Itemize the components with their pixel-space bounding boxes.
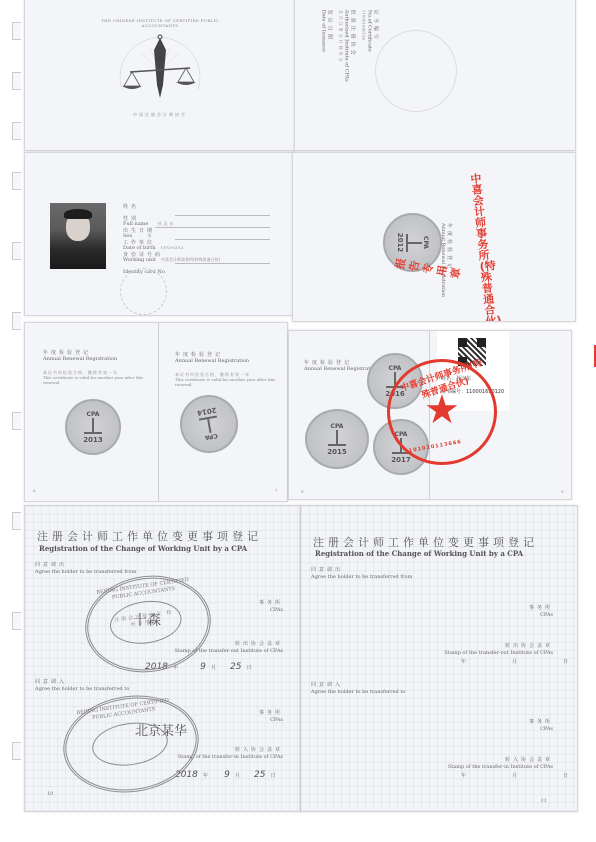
transfer-out-label: 同意调出 — [35, 561, 67, 568]
binder-tab — [12, 72, 21, 90]
beijing-institute-oval-stamp-in: BEIJING INSTITUTE OF CERTIFIED PUBLIC AC… — [57, 687, 205, 801]
binder-tab — [12, 242, 21, 260]
cert-field: 发证日期 Date of Issuance — [320, 10, 333, 151]
binder-tab — [12, 742, 21, 760]
transfer-out-label: 同意调出 — [311, 566, 343, 573]
field-full-name: 姓名 Full name 孙汉东 — [123, 203, 273, 215]
stamp-out-label-en: Stamp of the transfer-out Institute of C… — [444, 650, 553, 656]
page-number: 6 — [33, 488, 36, 493]
holder-photo — [50, 203, 106, 269]
firm-label-en: CPAs — [540, 612, 553, 618]
personal-fields: 姓名 Full name 孙汉东 性别 Sex 男 出生日期 Date of b… — [123, 203, 273, 263]
faint-seal — [120, 268, 167, 315]
change-working-unit-left-page: 注册会计师工作单位变更事项登记 Registration of the Chan… — [24, 505, 301, 812]
page-number: 11 — [541, 798, 547, 805]
underline — [175, 263, 270, 264]
firm-red-seal: ★ 中喜会计师事务所(特殊普通合伙) 1101020113666 — [387, 359, 497, 465]
binder-tab — [12, 512, 21, 530]
underline — [155, 227, 270, 228]
binder-tab — [12, 22, 21, 40]
photo-hair — [64, 209, 92, 219]
renewal-seal-2015: CPA 2015 — [305, 409, 369, 469]
change-working-unit-right-page: 注册会计师工作单位变更事项登记 Registration of the Chan… — [300, 505, 578, 812]
transfer-in-label-en: Agree the holder to be transferred to — [35, 686, 129, 692]
firm-label-en: CPAs — [270, 607, 283, 613]
certificate-info-rotated: 证书编号 No.of Certificate 110001690120 批准注册… — [320, 10, 379, 151]
cert-field: 批准注册协会 Authorized Institute of CPAs 北京注册… — [338, 10, 356, 151]
page-title-en: Registration of the Change of Working Un… — [315, 549, 523, 558]
transfer-in-label-en: Agree the holder to be transferred to — [311, 689, 405, 695]
transfer-in-label: 同意调入 — [311, 681, 343, 688]
date-in: 年 月 日 — [461, 772, 571, 779]
firm2-label-en: CPAs — [540, 726, 553, 732]
stamp-out-label: 转出协会盖章 — [505, 642, 553, 649]
certificate-info-page: 证书编号 No.of Certificate 110001690120 批准注册… — [294, 0, 576, 151]
stamp-out-label: 转出协会盖章 — [235, 640, 283, 647]
renewal-2013-text: 年度检验登记 Annual Renewal Registration 本证书经检… — [43, 349, 153, 386]
red-seal-number: 1101020113666 — [404, 439, 462, 455]
binder-tab — [12, 612, 21, 630]
binder-tab — [12, 172, 21, 190]
binder-tab — [12, 122, 21, 140]
firm-label: 事务所 — [259, 599, 283, 606]
page-title-cn: 注册会计师工作单位变更事项登记 — [37, 528, 262, 544]
binder-tab — [12, 312, 21, 330]
stamp-in-label: 转入协会盖章 — [505, 756, 553, 763]
page-title-en: Registration of the Change of Working Un… — [39, 544, 247, 553]
transfer-out-label-en: Agree the holder to be transferred from — [35, 569, 136, 575]
firm-label: 事务所 — [529, 604, 553, 611]
stamp-in-label-en: Stamp of the transfer-in Institute of CP… — [448, 764, 553, 770]
page-number: 8 — [301, 489, 304, 494]
scale-icon — [84, 418, 102, 434]
scale-icon — [199, 416, 220, 435]
red-firm-stamp-text: 中喜会计师事务所(特殊普通合伙) — [470, 173, 500, 322]
cicpa-logo-icon — [110, 30, 210, 115]
field-working-unit: 工作单位 Working unit 中喜会计师事务所(特殊普通合伙) — [123, 239, 273, 251]
faint-seal — [375, 30, 457, 112]
scale-icon — [406, 234, 422, 252]
renewal-2016-text: 年度检验登记 Annual Renewal Registration — [304, 359, 378, 372]
cover-inner-page: THE CHINESE INSTITUTE OF CERTIFIED PUBLI… — [24, 0, 296, 151]
scale-icon — [328, 430, 346, 446]
logo-cn-text: 中国注册会计师协会 — [125, 112, 195, 117]
firm2-label: 事务所 — [259, 709, 283, 716]
signature-in: 北京某华 — [135, 720, 187, 739]
page-number: 7 — [275, 488, 278, 493]
transfer-in-label: 同意调入 — [35, 678, 67, 685]
stamp-in-label: 转入协会盖章 — [235, 746, 283, 753]
date-out: 年 月 日 — [461, 658, 571, 665]
page-number: 9 — [561, 489, 564, 494]
signature-out: 十森 — [133, 610, 161, 630]
renewal-seal-2014: CPA 2014 — [175, 390, 242, 457]
underline — [175, 215, 270, 216]
page-fold — [158, 323, 159, 501]
underline — [175, 239, 270, 240]
renewal-2014-text: 年度检验登记 Annual Renewal Registration 本证书经检… — [175, 351, 280, 388]
firm2-label: 事务所 — [529, 718, 553, 725]
renewal-spread-2015-2017: 年度检验登记 Annual Renewal Registration CPA 2… — [288, 330, 572, 500]
renewal-seal-2013: CPA 2013 — [65, 399, 121, 455]
firm2-label-en: CPAs — [270, 717, 283, 723]
logo-ring-text: THE CHINESE INSTITUTE OF CERTIFIED PUBLI… — [100, 18, 220, 28]
date-in: 2018 年 9 月 25 日 — [175, 762, 295, 781]
page-title-cn: 注册会计师工作单位变更事项登记 — [313, 534, 538, 550]
renewal-spread-2013-2014: 年度检验登记 Annual Renewal Registration 本证书经检… — [24, 322, 288, 502]
page-number: 10 — [47, 791, 53, 798]
annual-renewal-2012-page: 年度检验登记 Annual Renewal Registration CPA 2… — [292, 152, 576, 322]
binder-tab — [12, 412, 21, 430]
personal-info-page: 姓名 Full name 孙汉东 性别 Sex 男 出生日期 Date of b… — [24, 152, 294, 316]
transfer-out-label-en: Agree the holder to be transferred from — [311, 574, 412, 580]
